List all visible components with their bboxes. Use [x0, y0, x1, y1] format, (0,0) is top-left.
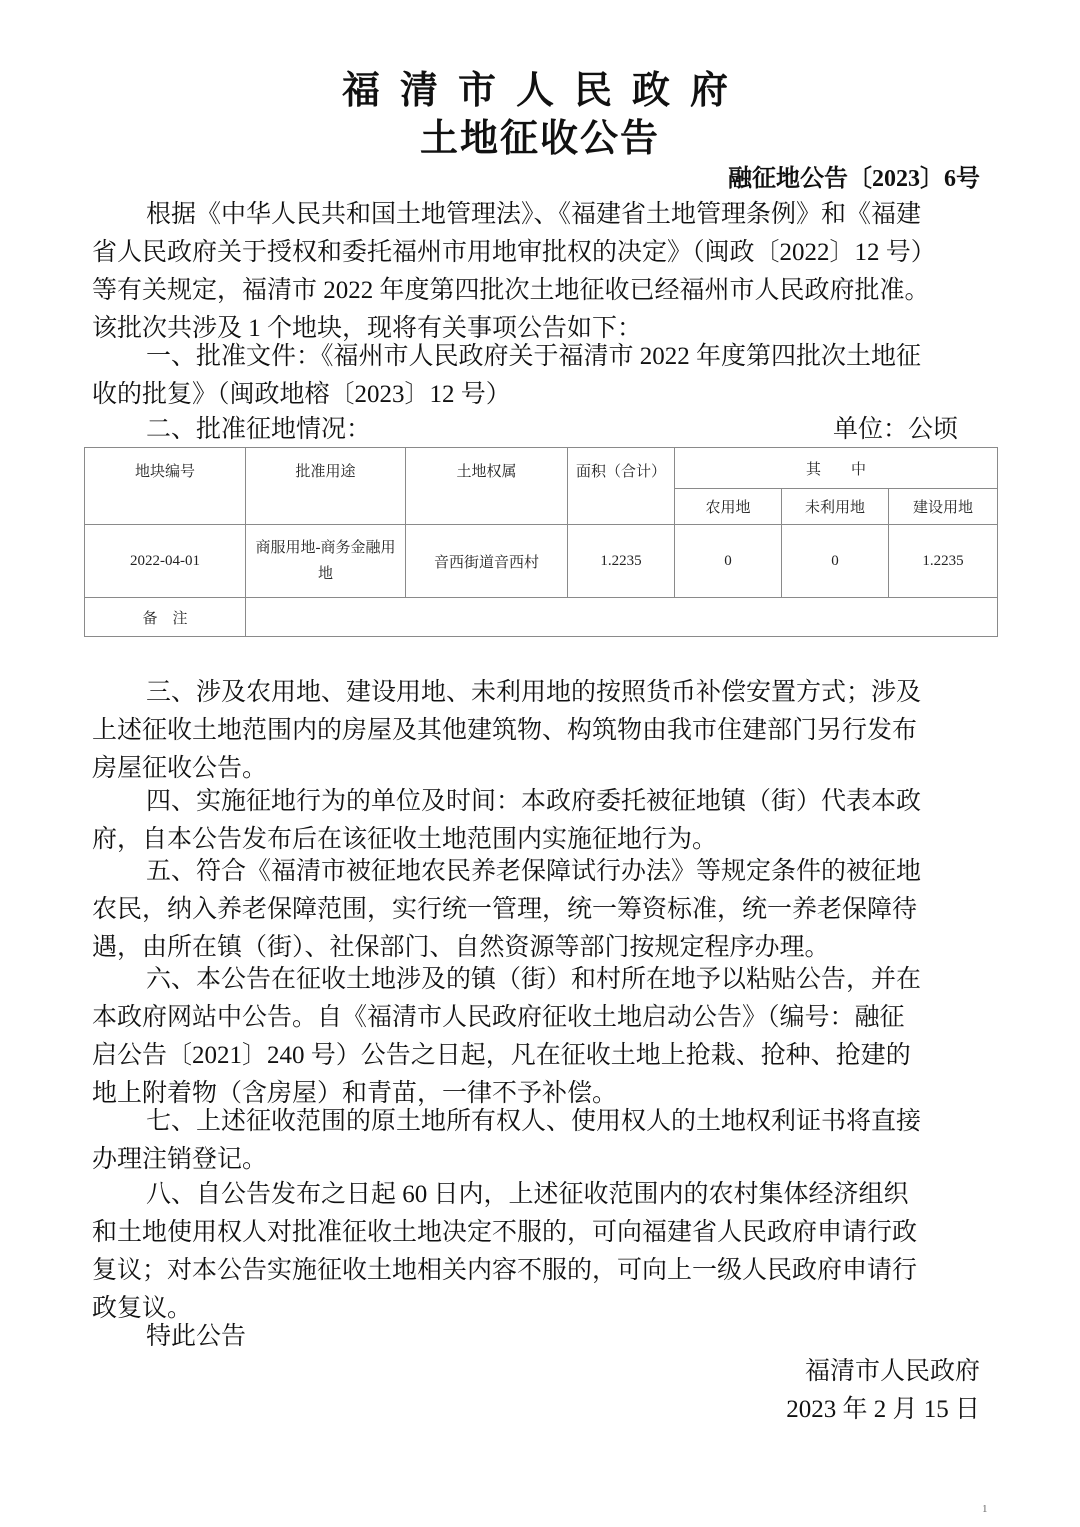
- closing-paragraph: 特此公告: [92, 1318, 982, 1356]
- cell-unused: 0: [782, 525, 889, 598]
- page-title: 土地征收公告: [0, 114, 1080, 164]
- section-line: 三、涉及农用地、建设用地、未利用地的按照货币补偿安置方式；涉及: [92, 674, 982, 712]
- section-line: 五、符合《福清市被征地农民养老保障试行办法》等规定条件的被征地: [92, 853, 982, 891]
- section-7-paragraph: 七、上述征收范围的原土地所有权人、使用权人的土地权利证书将直接 办理注销登记。: [92, 1103, 982, 1179]
- approved-use-line: 商服用地-商务金融用: [246, 535, 405, 561]
- section-line: 七、上述征收范围的原土地所有权人、使用权人的土地权利证书将直接: [92, 1103, 982, 1141]
- signature-date: 2023 年 2 月 15 日: [786, 1391, 980, 1429]
- approved-use-line: 地: [246, 561, 405, 587]
- section-line: 上述征收土地范围内的房屋及其他建筑物、构筑物由我市住建部门另行发布: [92, 712, 982, 750]
- section-line: 本政府网站中公告。自《福清市人民政府征收土地启动公告》（编号：融征: [92, 999, 982, 1037]
- header-agricultural: 农用地: [675, 489, 782, 525]
- section-line: 和土地使用权人对批准征收土地决定不服的，可向福建省人民政府申请行政: [92, 1214, 982, 1252]
- cell-agricultural: 0: [675, 525, 782, 598]
- cell-construction: 1.2235: [889, 525, 998, 598]
- table-row: 2022-04-01 商服用地-商务金融用 地 音西街道音西村 1.2235 0…: [85, 525, 998, 598]
- intro-paragraph: 根据《中华人民共和国土地管理法》、《福建省土地管理条例》和《福建 省人民政府关于…: [92, 196, 982, 348]
- section-line: 收的批复》（闽政地榕〔2023〕12 号）: [92, 376, 982, 414]
- section-5-paragraph: 五、符合《福清市被征地农民养老保障试行办法》等规定条件的被征地 农民，纳入养老保…: [92, 853, 982, 967]
- issuer-heading: 福清市人民政府: [0, 66, 1080, 116]
- cell-area-total: 1.2235: [568, 525, 675, 598]
- header-construction: 建设用地: [889, 489, 998, 525]
- header-approved-use: 批准用途: [246, 448, 406, 525]
- section-line: 复议；对本公告实施征收土地相关内容不服的，可向上一级人民政府申请行: [92, 1252, 982, 1290]
- page-number: 1: [982, 1503, 988, 1515]
- unit-label: 单位：公顷: [833, 411, 958, 449]
- section-8-paragraph: 八、自公告发布之日起 60 日内，上述征收范围内的农村集体经济组织 和土地使用权…: [92, 1176, 982, 1328]
- section-4-paragraph: 四、实施征地行为的单位及时间：本政府委托被征地镇（街）代表本政 府，自本公告发布…: [92, 783, 982, 859]
- header-of-which: 其 中: [675, 448, 998, 489]
- section-3-paragraph: 三、涉及农用地、建设用地、未利用地的按照货币补偿安置方式；涉及 上述征收土地范围…: [92, 674, 982, 788]
- section-1-paragraph: 一、批准文件：《福州市人民政府关于福清市 2022 年度第四批次土地征 收的批复…: [92, 338, 982, 414]
- table-header-row: 地块编号 批准用途 土地权属 面积（合计） 其 中: [85, 448, 998, 489]
- cell-approved-use: 商服用地-商务金融用 地: [246, 525, 406, 598]
- section-line: 启公告〔2021〕240 号）公告之日起，凡在征收土地上抢栽、抢种、抢建的: [92, 1037, 982, 1075]
- section-line: 办理注销登记。: [92, 1141, 982, 1179]
- remark-label: 备 注: [85, 598, 246, 637]
- intro-line: 等有关规定，福清市 2022 年度第四批次土地征收已经福州市人民政府批准。: [92, 272, 982, 310]
- land-approval-table: 地块编号 批准用途 土地权属 面积（合计） 其 中 农用地 未利用地 建设用地 …: [84, 447, 998, 637]
- section-line: 八、自公告发布之日起 60 日内，上述征收范围内的农村集体经济组织: [92, 1176, 982, 1214]
- remark-value: [246, 598, 998, 637]
- header-unused: 未利用地: [782, 489, 889, 525]
- intro-line: 根据《中华人民共和国土地管理法》、《福建省土地管理条例》和《福建: [92, 196, 982, 234]
- closing-text: 特此公告: [92, 1318, 982, 1356]
- cell-land-ownership: 音西街道音西村: [406, 525, 568, 598]
- header-area-total: 面积（合计）: [568, 448, 675, 525]
- intro-line: 省人民政府关于授权和委托福州市用地审批权的决定》（闽政〔2022〕12 号）: [92, 234, 982, 272]
- section-line: 四、实施征地行为的单位及时间：本政府委托被征地镇（街）代表本政: [92, 783, 982, 821]
- section-line: 六、本公告在征收土地涉及的镇（街）和村所在地予以粘贴公告，并在: [92, 961, 982, 999]
- remark-row: 备 注: [85, 598, 998, 637]
- section-6-paragraph: 六、本公告在征收土地涉及的镇（街）和村所在地予以粘贴公告，并在 本政府网站中公告…: [92, 961, 982, 1113]
- header-parcel-no: 地块编号: [85, 448, 246, 525]
- section-line: 一、批准文件：《福州市人民政府关于福清市 2022 年度第四批次土地征: [92, 338, 982, 376]
- header-land-ownership: 土地权属: [406, 448, 568, 525]
- section-line: 农民，纳入养老保障范围，实行统一管理，统一筹资标准，统一养老保障待: [92, 891, 982, 929]
- cell-parcel-no: 2022-04-01: [85, 525, 246, 598]
- document-number: 融征地公告〔2023〕6号: [728, 163, 980, 195]
- signature-issuer: 福清市人民政府: [805, 1353, 980, 1391]
